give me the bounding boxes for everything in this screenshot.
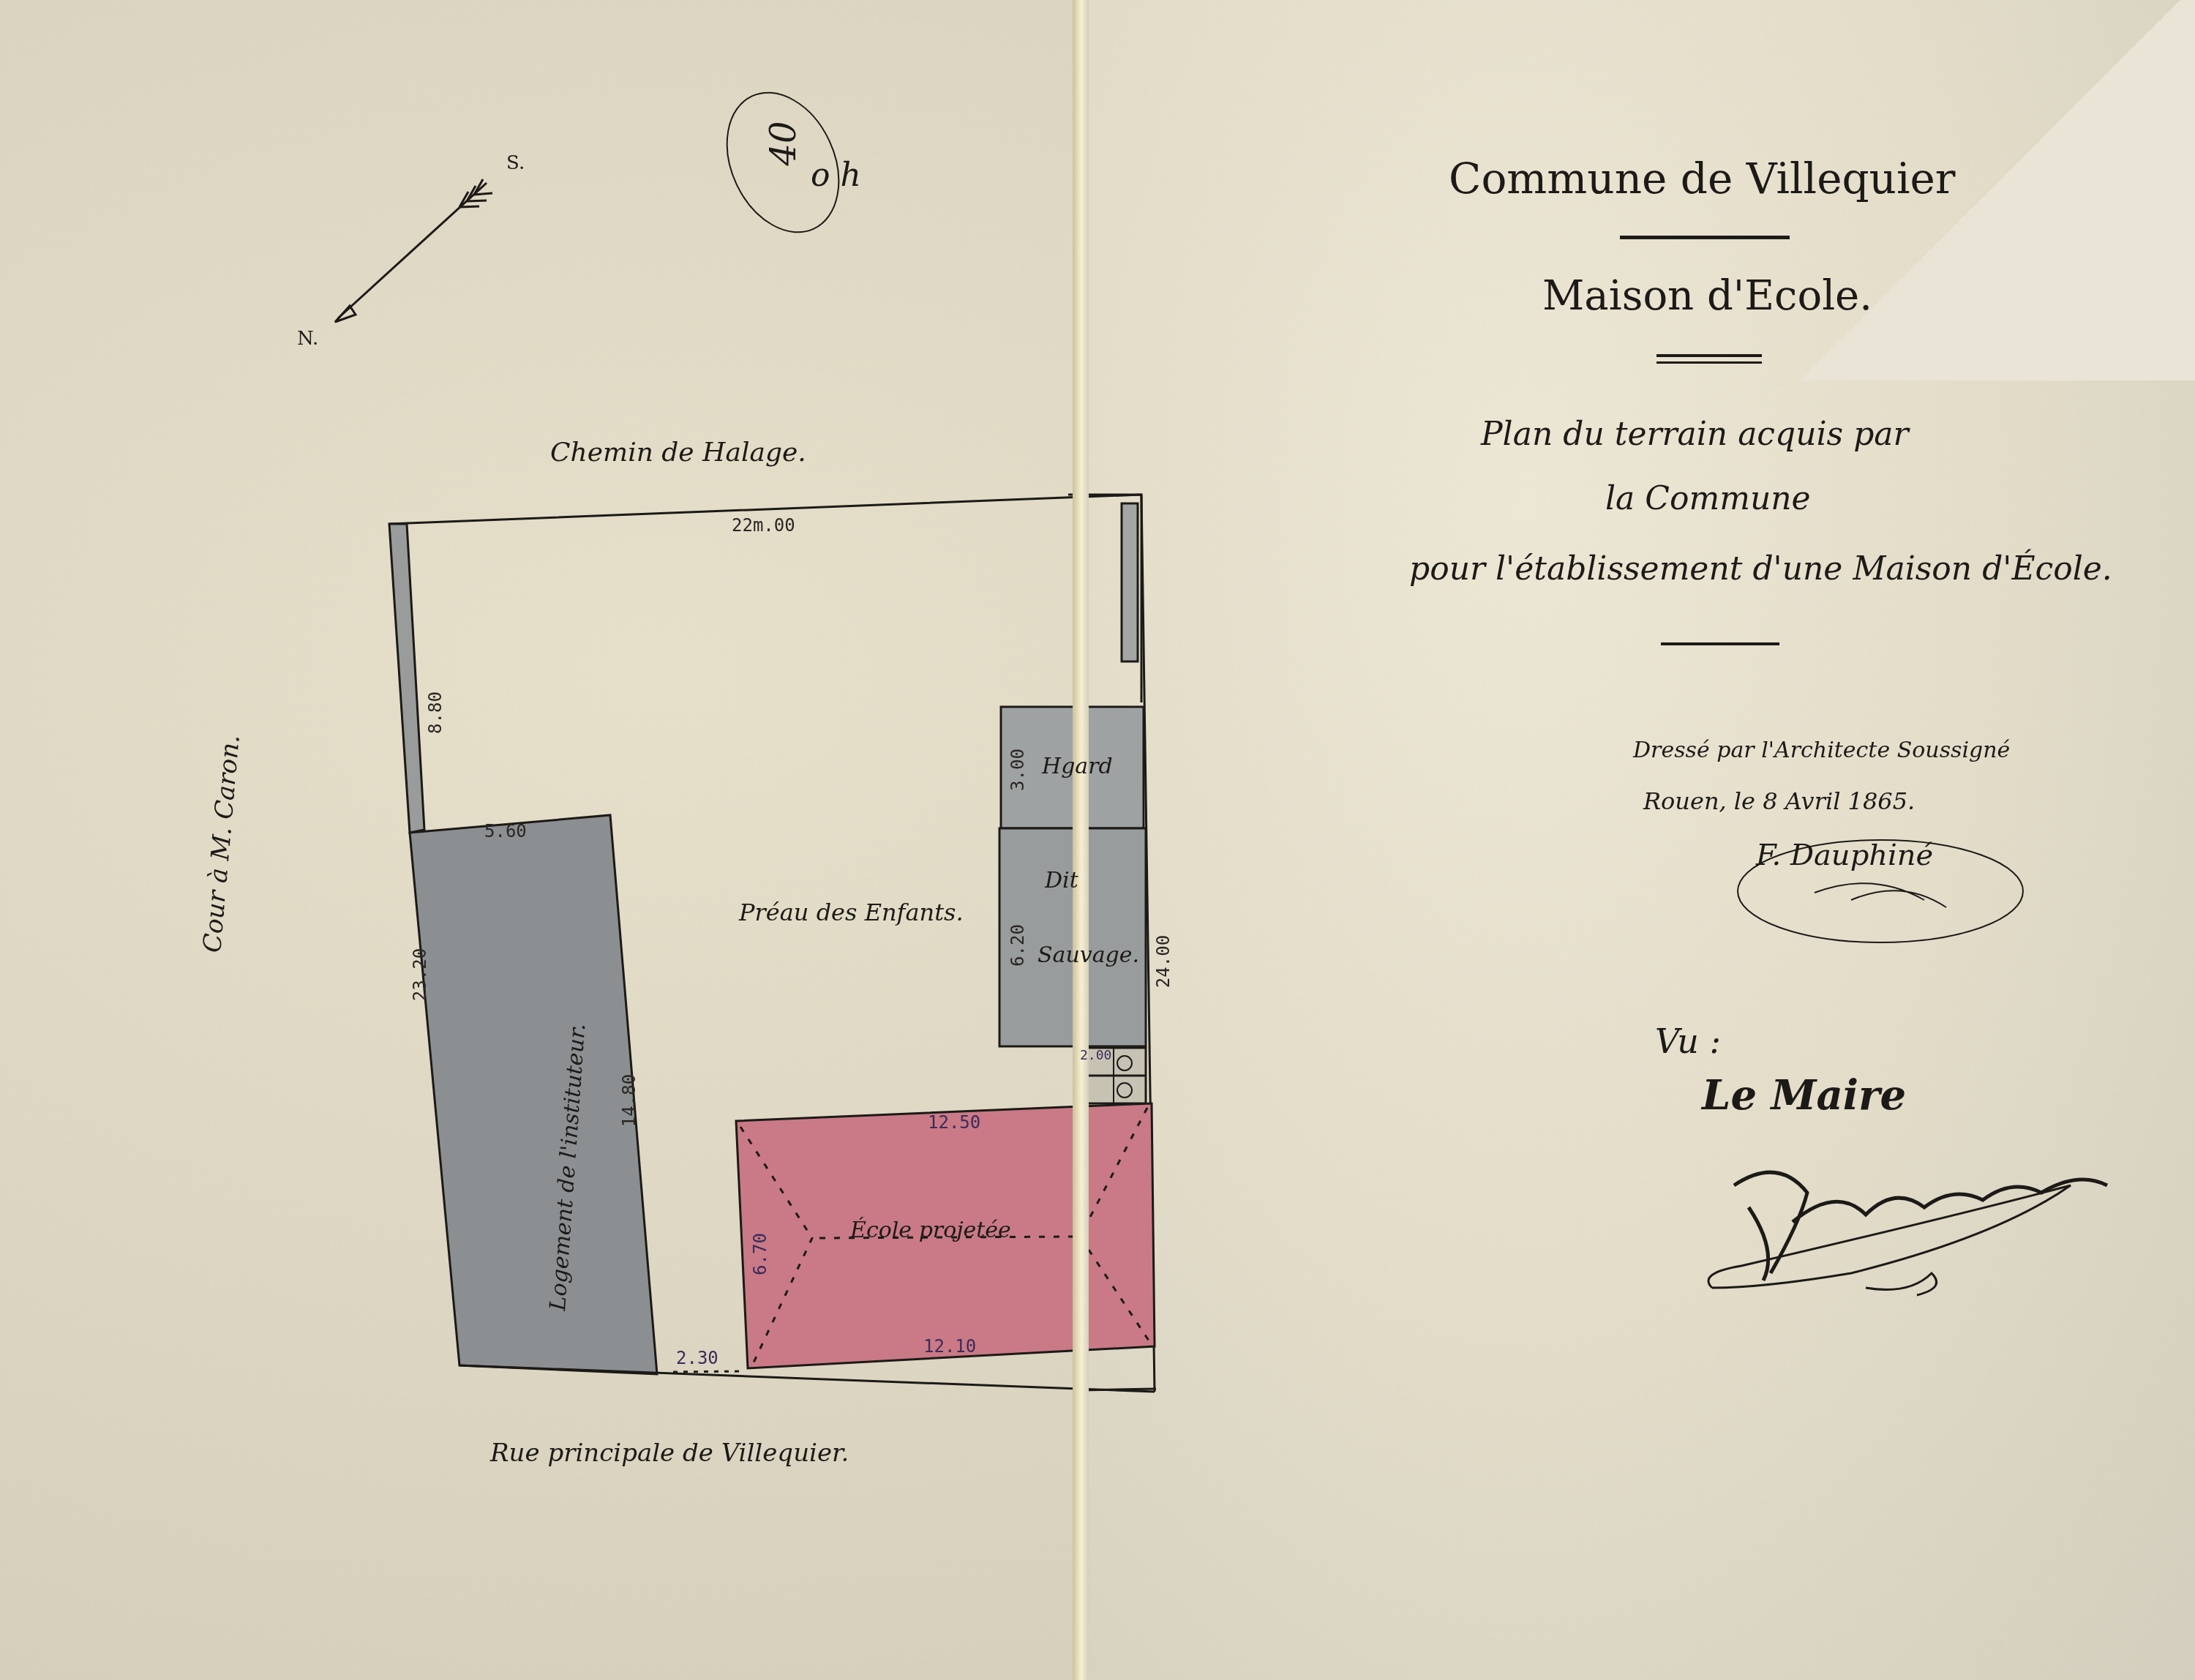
label-washhouse-ditto: Dit [1045, 868, 1078, 893]
title-rule-2a [1656, 354, 1762, 357]
place-date: Rouen, le 8 Avril 1865. [1643, 787, 1915, 815]
mayor-label: Le Maire [1702, 1071, 1906, 1120]
archive-mark-number: 40 [763, 121, 804, 165]
dim-school-top: 12.50 [928, 1112, 980, 1133]
label-projected-school: École projetée [850, 1218, 1011, 1243]
compass-north-label: N. [297, 328, 318, 350]
mayor-signature-scrawl [1690, 1141, 2129, 1310]
dim-left-total: 23.20 [410, 948, 430, 1001]
title-rule-2b [1656, 361, 1762, 364]
approval-label: Vu : [1655, 1021, 1721, 1061]
dim-left-strip: 8.80 [425, 691, 446, 734]
dim-school-depth: 6.70 [750, 1233, 770, 1275]
dim-gap-bottom: 2.30 [676, 1348, 718, 1368]
label-shed: Hgard [1042, 754, 1113, 779]
dim-top-width: 22m.00 [732, 515, 795, 536]
label-preau: Préau des Enfants. [739, 899, 964, 926]
architect-signature: F. Dauphiné [1756, 839, 1933, 872]
label-washhouse: Sauvage. [1038, 942, 1139, 968]
compass-south-label: S. [506, 152, 525, 174]
compass-arrow-icon [335, 179, 492, 322]
paper-fold-crease [1073, 0, 1089, 1680]
label-rue-principale: Rue principale de Villequier. [490, 1439, 849, 1468]
label-chemin-de-halage: Chemin de Halage. [550, 438, 806, 468]
drawn-by: Dressé par l'Architecte Soussigné [1633, 738, 2010, 763]
dim-small-cell: 2.00 [1080, 1048, 1111, 1063]
title-rule-3 [1661, 642, 1779, 645]
description-line-2: la Commune [1605, 480, 1811, 517]
title-subject: Maison d'Ecole. [1542, 272, 1872, 320]
dim-house-width: 5.60 [484, 821, 527, 841]
description-line-3: pour l'établissement d'une Maison d'Écol… [1409, 550, 2112, 588]
title-rule-1 [1620, 236, 1790, 239]
dim-school-bottom: 12.10 [923, 1336, 976, 1357]
dim-shed-depth: 3.00 [1008, 749, 1028, 791]
title-commune: Commune de Villequier [1449, 154, 1956, 203]
left-boundary-strip [389, 524, 424, 833]
dim-washhouse-depth: 6.20 [1008, 924, 1028, 967]
archive-mark-suffix: o h [811, 157, 861, 194]
description-line-1: Plan du terrain acquis par [1481, 416, 1909, 453]
dim-right-total: 24.00 [1153, 935, 1174, 988]
dim-house-length: 14.80 [619, 1074, 639, 1127]
